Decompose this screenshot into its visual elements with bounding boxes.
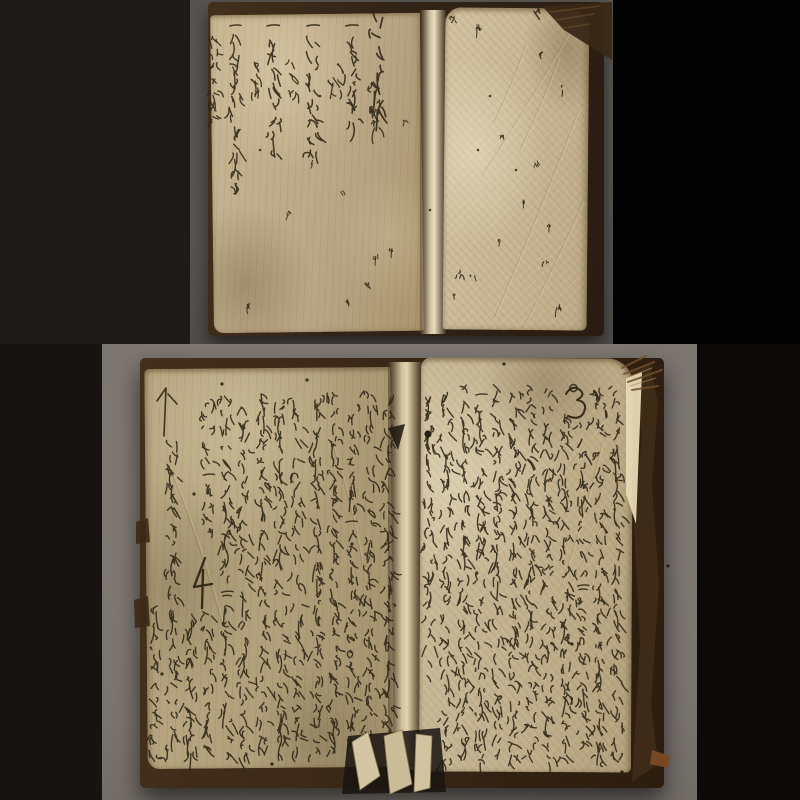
photo-collage <box>0 0 800 800</box>
background-left-of-top-photo <box>0 0 190 344</box>
background-left-of-bottom-photo <box>0 344 102 800</box>
handwriting-ink-layer-top <box>190 0 613 344</box>
photo-bottom-text-spread <box>102 344 697 800</box>
background-right-of-top-photo <box>613 0 800 344</box>
background-right-of-bottom-photo <box>697 344 800 800</box>
photo-top-contents-spread <box>190 0 613 344</box>
handwriting-ink-layer-bottom <box>102 344 697 800</box>
